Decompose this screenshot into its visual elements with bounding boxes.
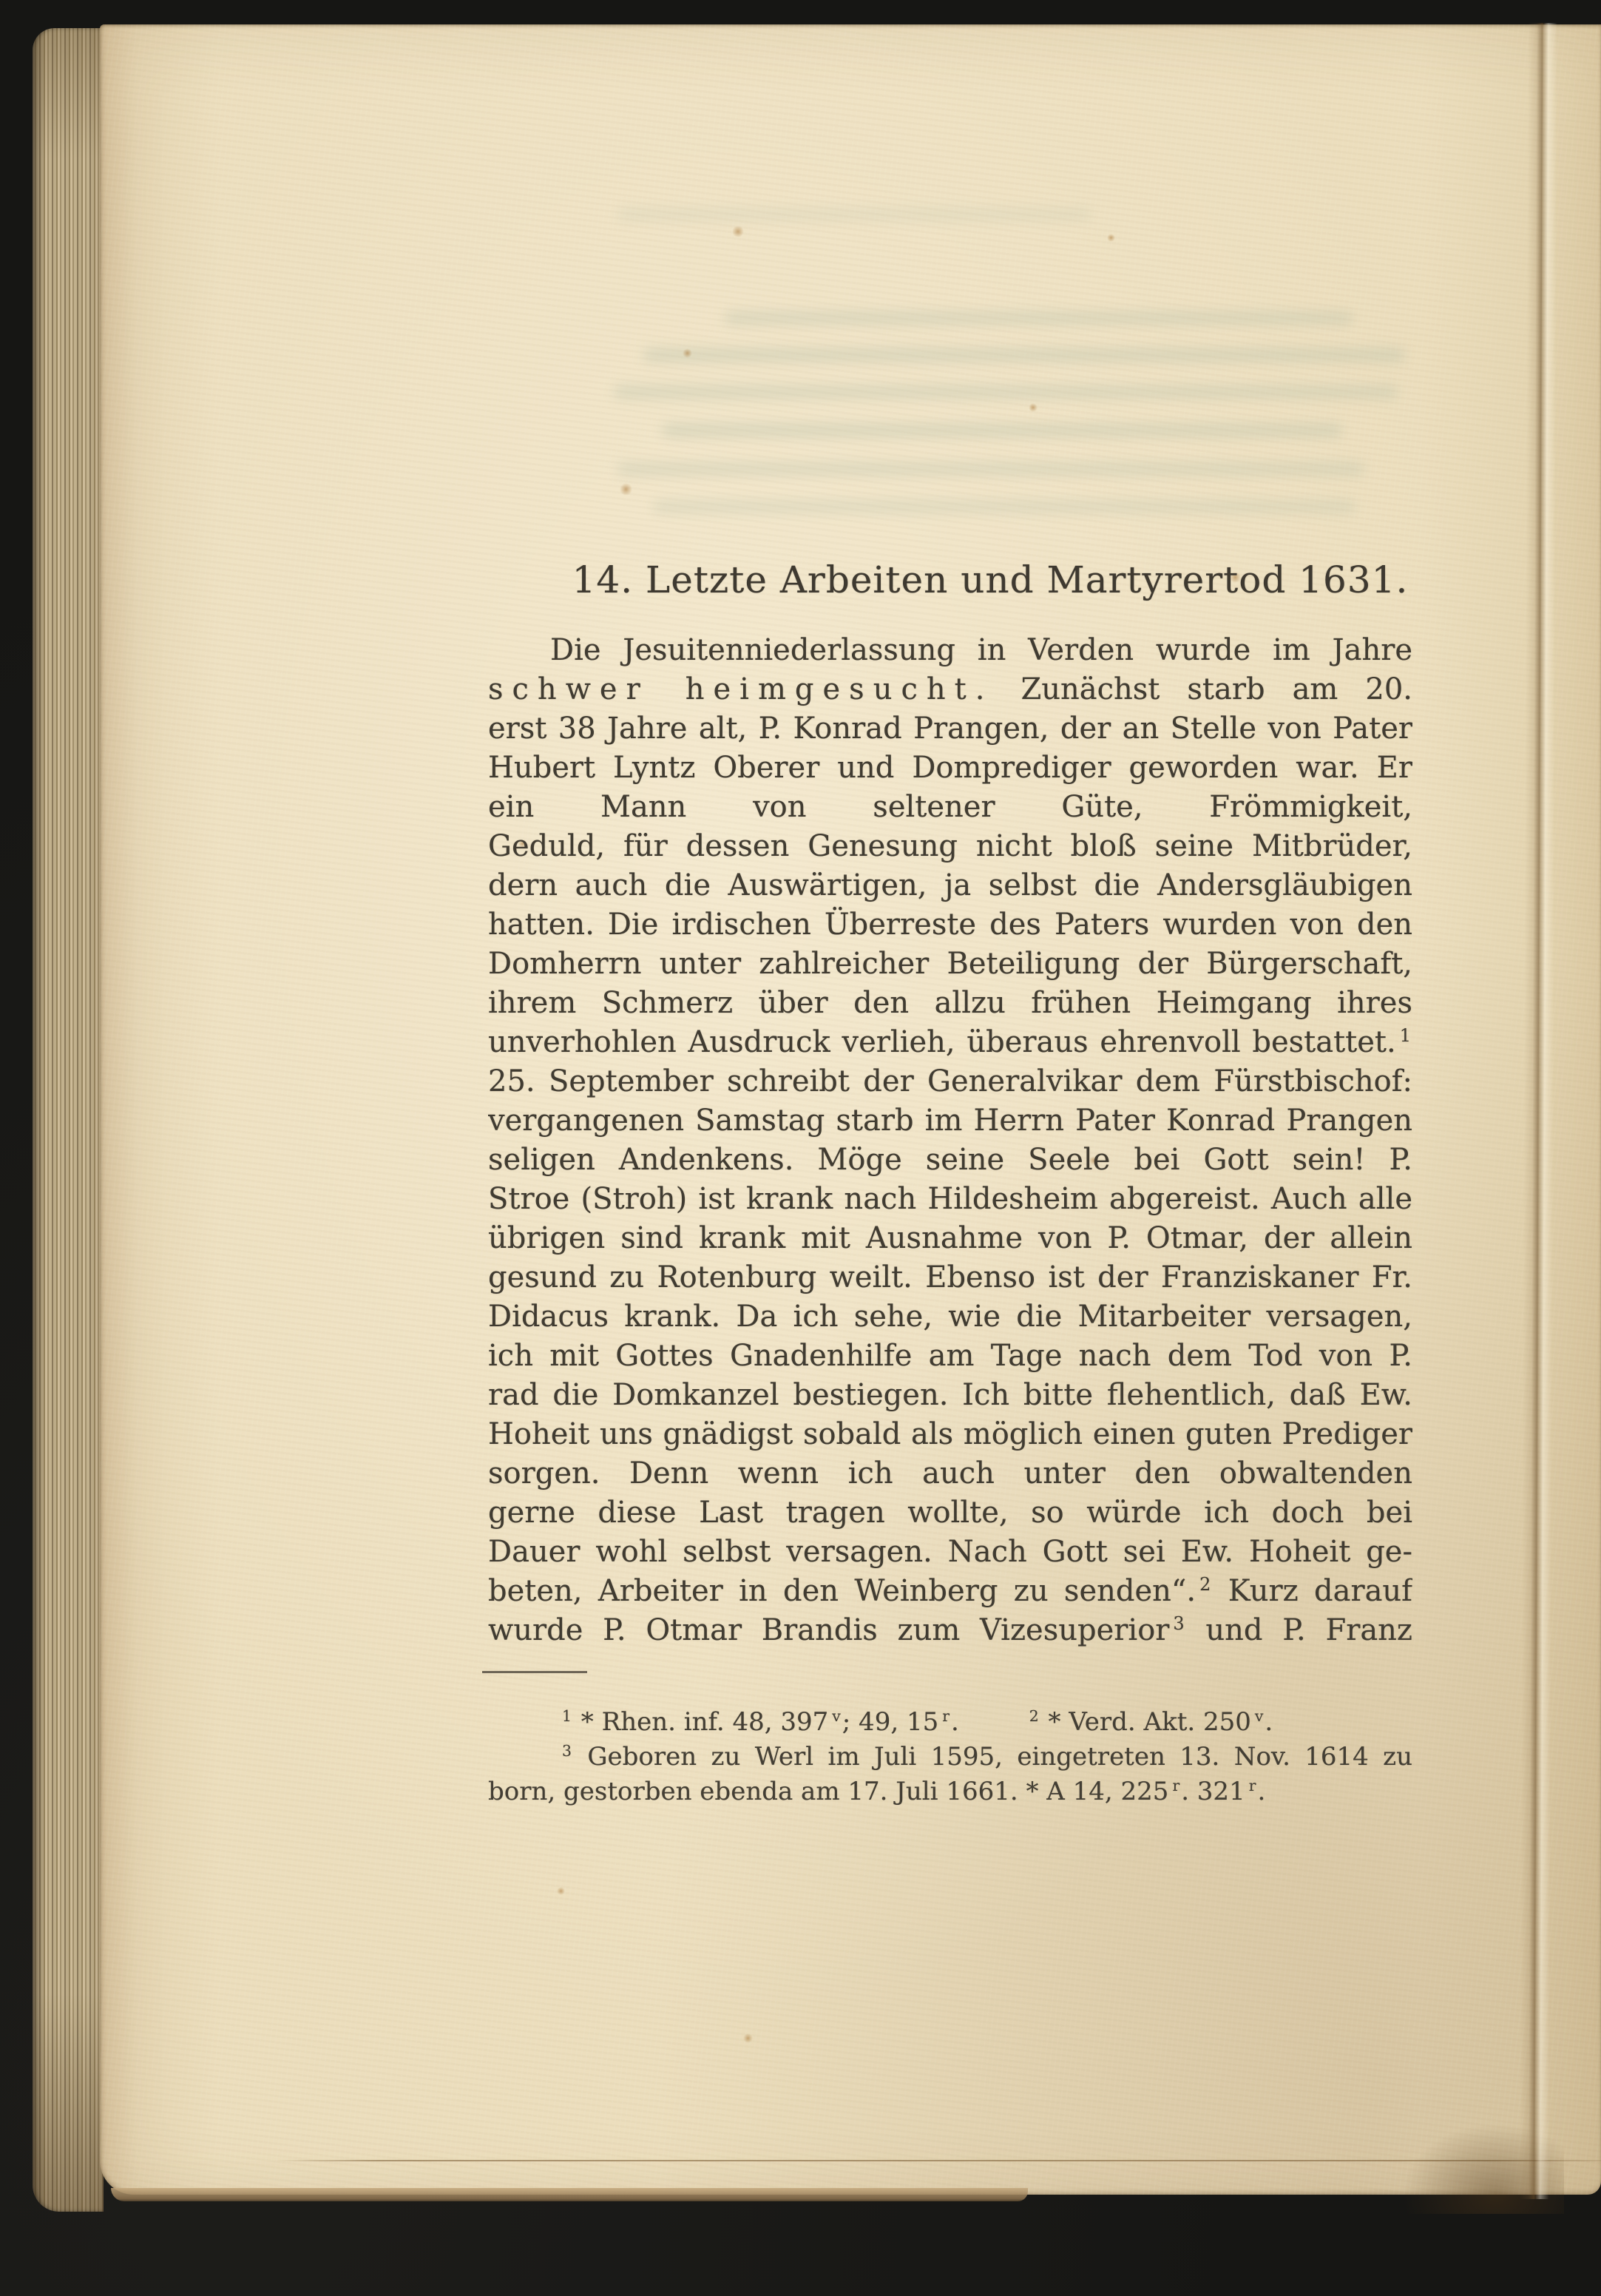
- body-line: rad die Domkanzel bestiegen. Ich bitte f…: [488, 1376, 1412, 1415]
- foxing-spot: [557, 1887, 565, 1895]
- superscript-mark: r: [1249, 1777, 1256, 1794]
- footnote-line: 1 * Rhen. inf. 48, 397v; 49, 15r.2 * Ver…: [488, 1705, 1412, 1740]
- show-through-smudge: [617, 208, 1091, 221]
- footnote-line: 3 Geboren zu Werl im Juli 1595, eingetre…: [488, 1740, 1412, 1775]
- body-line: seligen Andenkens. Möge seine Seele bei …: [488, 1141, 1412, 1180]
- footnote-rule: [482, 1671, 587, 1673]
- body-line: Die Jesuitenniederlassung in Verden wurd…: [488, 631, 1412, 670]
- body-line: dern auch die Auswärtigen, ja selbst die…: [488, 866, 1412, 905]
- foxing-spot: [743, 2033, 753, 2043]
- body-line: Hoheit uns gnädigst sobald als möglich e…: [488, 1415, 1412, 1454]
- superscript-mark: 1: [1400, 1025, 1411, 1046]
- superscript-mark: 2: [1199, 1574, 1211, 1595]
- show-through-smudge: [725, 311, 1353, 325]
- body-line: beten, Arbeiter in den Weinberg zu sende…: [488, 1572, 1412, 1611]
- body-line: Dauer wohl selbst versagen. Nach Gott se…: [488, 1533, 1412, 1572]
- body-line: ein Mann von seltener Güte, Frömmigkeit,…: [488, 788, 1412, 827]
- gutter-crease: [1520, 23, 1557, 2199]
- superscript-mark: 3: [1173, 1613, 1184, 1634]
- show-through-smudge: [617, 462, 1364, 476]
- superscript-mark: 2: [1029, 1707, 1039, 1725]
- body-line: schwer heimgesucht. Zunächst starb am 20…: [488, 670, 1412, 709]
- show-through-smudge: [662, 424, 1342, 437]
- superscript-mark: 3: [562, 1742, 572, 1760]
- footnotes: 1 * Rhen. inf. 48, 397v; 49, 15r.2 * Ver…: [488, 1705, 1412, 1809]
- body-line: 25. September schreibt der Generalvikar …: [488, 1062, 1412, 1101]
- foxing-spot: [732, 226, 744, 237]
- body-line: sorgen. Denn wenn ich auch unter den obw…: [488, 1454, 1412, 1493]
- body-line: unverhohlen Ausdruck verlieh, überaus eh…: [488, 1023, 1412, 1062]
- superscript-mark: r: [1172, 1777, 1179, 1794]
- foxing-spot: [683, 348, 692, 358]
- scan-backdrop: { "colors": { "backdrop": "#161614", "pa…: [0, 0, 1601, 2296]
- under-page-edge: [111, 2188, 1028, 2201]
- body-line: Didacus krank. Da ich sehe, wie die Mita…: [488, 1297, 1412, 1337]
- foxing-spot: [620, 483, 632, 496]
- body-line: ihrem Schmerz über den allzu frühen Heim…: [488, 984, 1412, 1023]
- body-line: Stroe (Stroh) ist krank nach Hildesheim …: [488, 1180, 1412, 1219]
- body-line: hatten. Die irdischen Überreste des Pate…: [488, 905, 1412, 945]
- foxing-spot: [1029, 403, 1038, 412]
- body-line: Hubert Lyntz Oberer und Domprediger gewo…: [488, 749, 1412, 788]
- book-page: 14. Letzte Arbeiten und Martyrertod 1631…: [100, 24, 1601, 2195]
- show-through-smudge: [653, 500, 1355, 513]
- under-page-edge-line: [274, 2160, 1601, 2161]
- superscript-mark: v: [832, 1707, 841, 1725]
- text-segment: schwer heimgesucht.: [488, 672, 993, 706]
- body-line: vergangenen Samstag starb im Herrn Pater…: [488, 1101, 1412, 1141]
- body-line: übrigen sind krank mit Ausnahme von P. O…: [488, 1219, 1412, 1258]
- body-line: Domherrn unter zahlreicher Beteiligung d…: [488, 945, 1412, 984]
- page-edge-stack: [33, 28, 104, 2212]
- body-text: Die Jesuitenniederlassung in Verden wurd…: [488, 631, 1412, 1650]
- body-line: gerne diese Last tragen wollte, so würde…: [488, 1493, 1412, 1533]
- superscript-mark: r: [942, 1707, 950, 1725]
- body-line: ich mit Gottes Gnadenhilfe am Tage nach …: [488, 1337, 1412, 1376]
- body-line: wurde P. Otmar Brandis zum Vizesuperior3…: [488, 1611, 1412, 1650]
- body-line: erst 38 Jahre alt, P. Konrad Prangen, de…: [488, 709, 1412, 749]
- superscript-mark: v: [1255, 1707, 1264, 1725]
- show-through-smudge: [643, 348, 1405, 362]
- superscript-mark: 1: [562, 1707, 572, 1725]
- footnote-line: born, gestorben ebenda am 17. Juli 1661.…: [488, 1775, 1412, 1809]
- body-line: Geduld, für dessen Genesung nicht bloß s…: [488, 827, 1412, 866]
- chapter-heading: 14. Letzte Arbeiten und Martyrertod 1631…: [488, 557, 1452, 603]
- show-through-smudge: [614, 385, 1398, 399]
- foxing-spot: [1107, 234, 1115, 242]
- body-line: gesund zu Rotenburg weilt. Ebenso ist de…: [488, 1258, 1412, 1297]
